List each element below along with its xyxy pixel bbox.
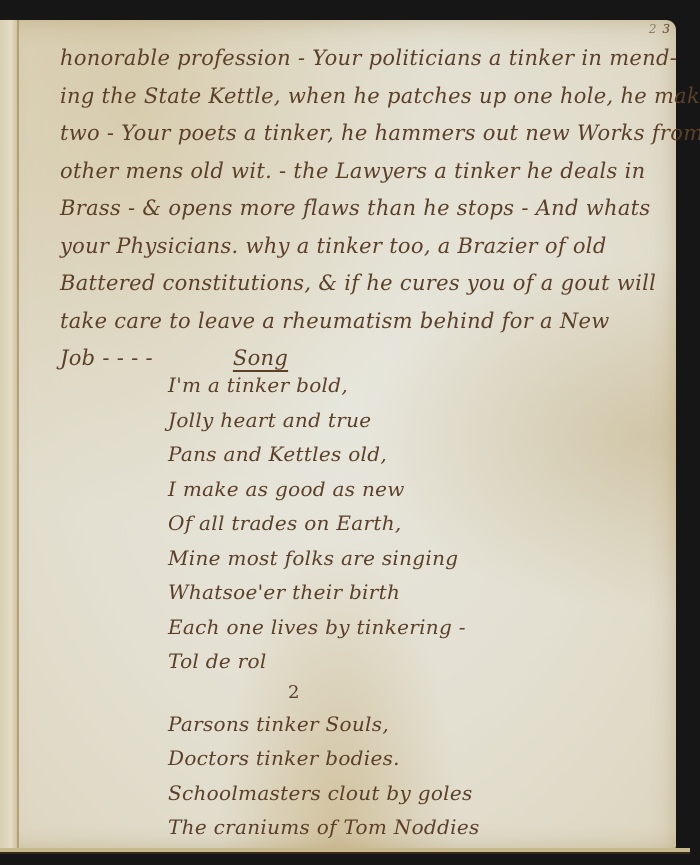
prose-line: Battered constitutions, & if he cures yo…: [60, 265, 670, 303]
prose-line: Brass - & opens more flaws than he stops…: [60, 190, 670, 228]
verse-line: I'm a tinker bold,: [168, 368, 588, 403]
verse-line: Tol de rol: [168, 644, 588, 679]
manuscript-scan: 2 3 honorable profession - Your politici…: [0, 0, 700, 865]
song-verses: I'm a tinker bold, Jolly heart and true …: [168, 368, 588, 845]
verse-line: Pans and Kettles old,: [168, 437, 588, 472]
prose-line: take care to leave a rheumatism behind f…: [60, 303, 670, 341]
verse-line: The craniums of Tom Noddies: [168, 810, 588, 845]
prose-line: your Physicians. why a tinker too, a Bra…: [60, 228, 670, 266]
verse-line: I make as good as new: [168, 472, 588, 507]
verse-line: Parsons tinker Souls,: [168, 707, 588, 742]
prose-line-job: Job - - - -: [60, 340, 153, 378]
prose-line: two - Your poets a tinker, he hammers ou…: [60, 115, 670, 153]
prose-paragraph: honorable profession - Your politicians …: [60, 40, 670, 378]
prose-line: ing the State Kettle, when he patches up…: [60, 78, 670, 116]
folio-ink-number: 3: [662, 22, 670, 36]
verse-line: Each one lives by tinkering -: [168, 610, 588, 645]
folio-number: 2 3: [649, 22, 670, 36]
verse-line: Schoolmasters clout by goles: [168, 776, 588, 811]
prose-line: honorable profession - Your politicians …: [60, 40, 670, 78]
manuscript-page: 2 3 honorable profession - Your politici…: [0, 20, 676, 850]
stanza-2: Parsons tinker Souls, Doctors tinker bod…: [168, 707, 588, 845]
stanza-number: 2: [168, 679, 588, 707]
page-bottom-edge: [0, 848, 690, 854]
verse-line: Jolly heart and true: [168, 403, 588, 438]
page-gutter: [0, 20, 18, 850]
verse-line: Of all trades on Earth,: [168, 506, 588, 541]
gutter-fold-line: [17, 20, 19, 850]
stanza-1: I'm a tinker bold, Jolly heart and true …: [168, 368, 588, 679]
verse-line: Doctors tinker bodies.: [168, 741, 588, 776]
folio-pencil-number: 2: [649, 22, 657, 36]
verse-line: Whatsoe'er their birth: [168, 575, 588, 610]
verse-line: Mine most folks are singing: [168, 541, 588, 576]
prose-line: other mens old wit. - the Lawyers a tink…: [60, 153, 670, 191]
